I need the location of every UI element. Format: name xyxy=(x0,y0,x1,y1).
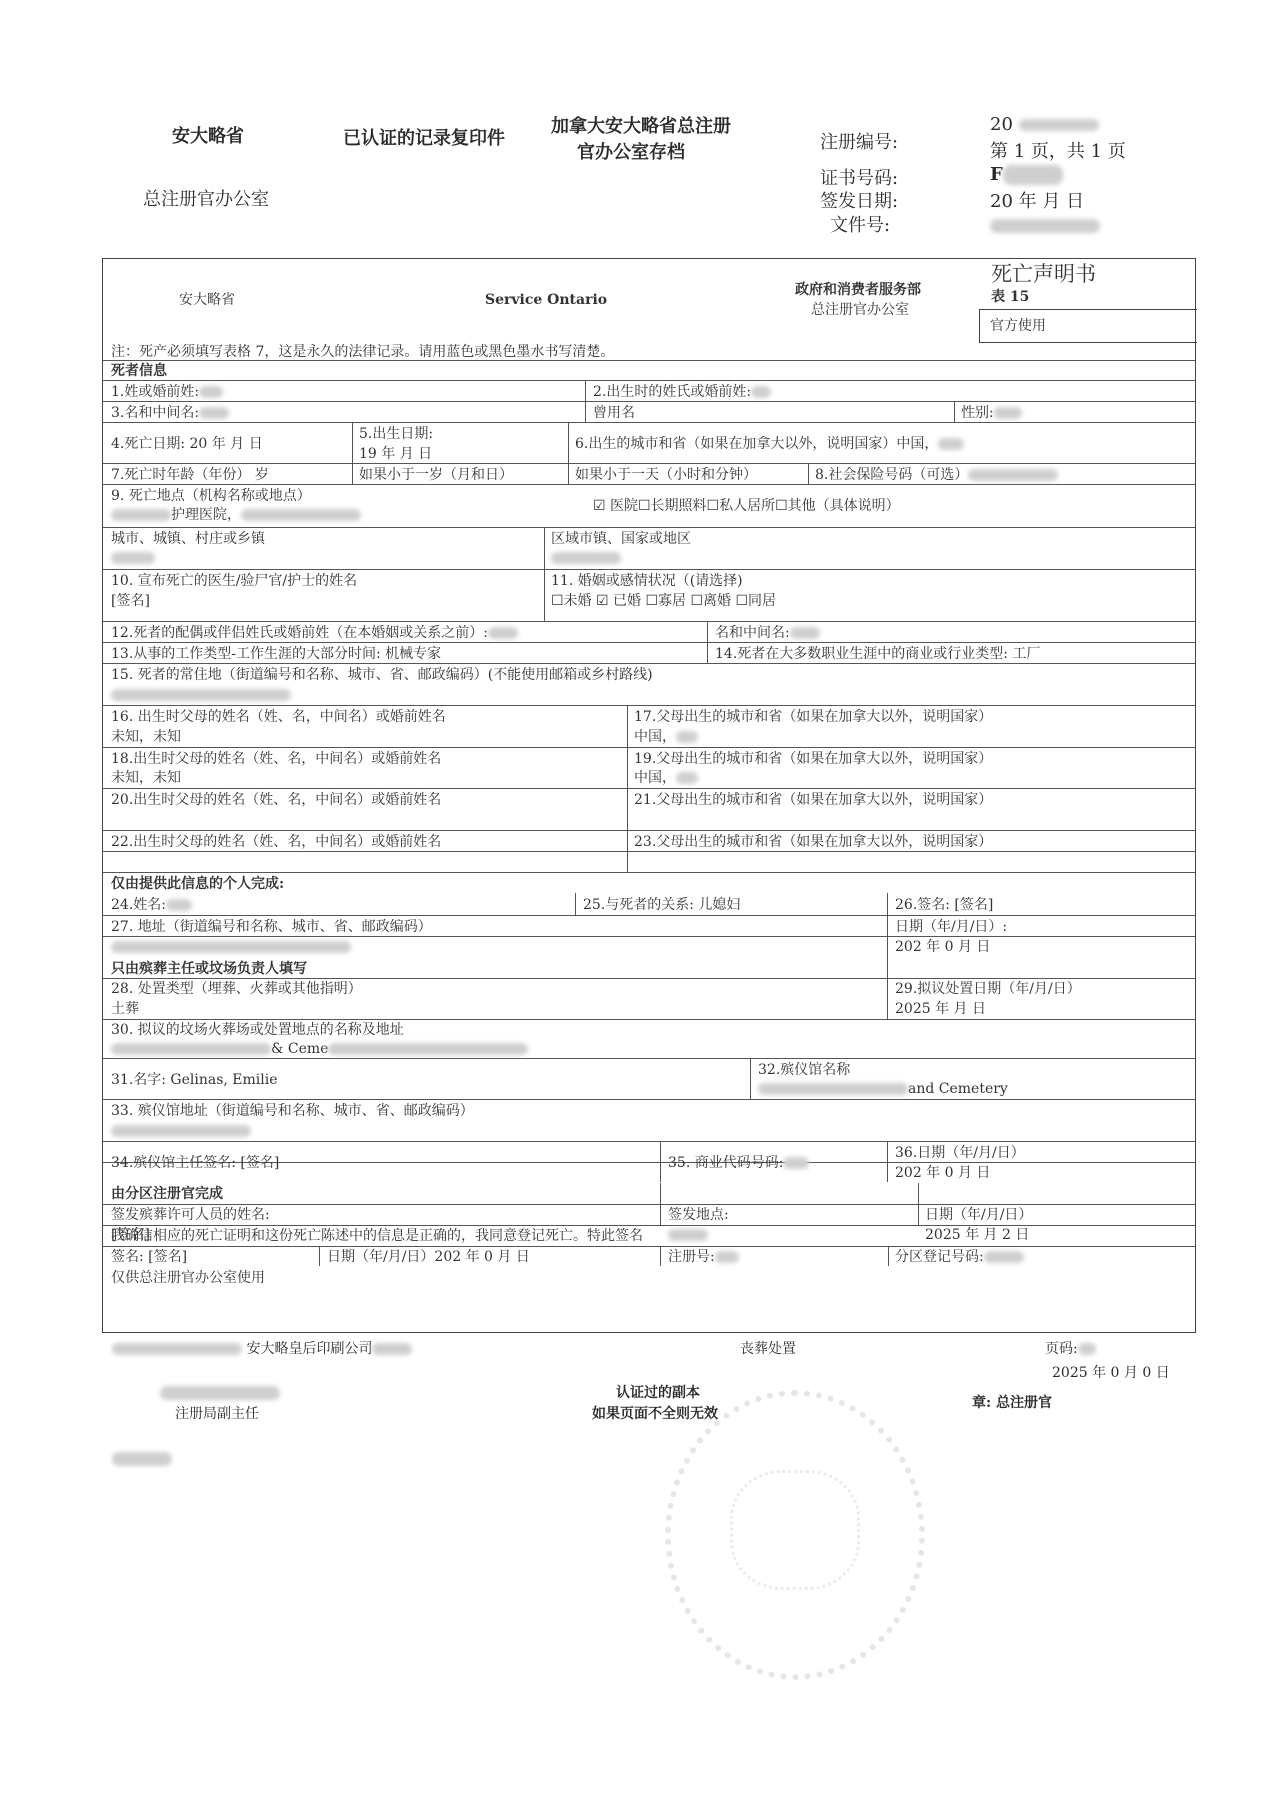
form-province: 安大略省 xyxy=(179,291,235,309)
field-disposition-date-label: 29.拟议处置日期（年/月/日） xyxy=(895,980,1081,998)
field-informant-address-value[interactable] xyxy=(111,938,351,956)
field-birth-date-value[interactable]: 19 年 月 日 xyxy=(359,445,432,463)
field-registrar-signature[interactable]: 签名: [签名] xyxy=(111,1248,187,1266)
field-sex[interactable]: 性别: xyxy=(961,404,1022,422)
footer-purpose: 丧葬处置 xyxy=(740,1338,796,1358)
field-certifier-label: 10. 宣布死亡的医生/验尸官/护士的姓名 xyxy=(111,572,357,590)
form-title: 死亡声明书 xyxy=(991,261,1096,287)
field-alias[interactable]: 曾用名 xyxy=(593,404,635,422)
field-parent1-birthplace-value[interactable]: 中国， xyxy=(634,728,698,746)
field-birth-surname[interactable]: 2.出生时的姓氏或婚前姓: xyxy=(593,383,771,401)
field-occupation[interactable]: 13.从事的工作类型-工作生涯的大部分时间: 机械专家 xyxy=(111,645,441,663)
field-parent1-label: 16. 出生时父母的姓名（姓、名，中间名）或婚前姓名 xyxy=(111,708,446,726)
form-ministry-line2: 总注册官办公室 xyxy=(811,301,909,319)
footer-printer: 安大略皇后印刷公司 xyxy=(112,1338,412,1358)
seal-emblem-icon xyxy=(730,1470,860,1590)
field-spouse-given[interactable]: 名和中间名: xyxy=(715,624,820,642)
field-registrar-date[interactable]: 日期（年/月/日）202 年 0 月 日 xyxy=(327,1248,530,1266)
form-note: 注：死产必须填写表格 7，这是永久的法律记录。请用蓝色或黑色墨水书写清楚。 xyxy=(111,343,614,361)
field-certifier-value[interactable]: [签名] xyxy=(111,592,150,610)
header-archive-line1: 加拿大安大略省总注册 xyxy=(551,112,731,138)
field-place-type-options[interactable]: ☑ 医院☐长期照料☐私人居所☐其他（具体说明） xyxy=(593,497,900,515)
field-informant-date-value[interactable]: 202 年 0 月 日 xyxy=(895,938,990,956)
field-parent2-value[interactable]: 未知，未知 xyxy=(111,769,181,787)
field-parent2-birthplace-value[interactable]: 中国， xyxy=(634,769,698,787)
field-sin[interactable]: 8.社会保险号码（可选） xyxy=(815,466,1058,484)
field-informant-address-label: 27. 地址（街道编号和名称、城市、省、邮政编码） xyxy=(111,918,432,936)
section-registrar: 由分区注册官完成 xyxy=(111,1185,223,1203)
field-death-place-label: 9. 死亡地点（机构名称或地点） xyxy=(111,487,311,505)
field-issue-date-label: 日期（年/月/日） xyxy=(925,1206,1032,1224)
field-death-place-value[interactable]: 护理医院， xyxy=(111,506,361,524)
field-city-label: 城市、城镇、村庄或乡镇 xyxy=(111,530,265,548)
deputy-title: 注册局副主任 xyxy=(175,1403,259,1423)
field-industry[interactable]: 14.死者在大多数职业生涯中的商业或行业类型: 工厂 xyxy=(715,645,1040,663)
field-relationship[interactable]: 25.与死者的关系: 儿媳妇 xyxy=(583,896,740,914)
footer-date: 2025 年 0 月 0 日 xyxy=(1052,1362,1170,1382)
official-use-label: 官方使用 xyxy=(990,317,1046,335)
field-cemetery-value[interactable]: & Ceme xyxy=(111,1040,528,1058)
field-disposition-type-value[interactable]: 土葬 xyxy=(111,1000,139,1018)
form-number: 表 15 xyxy=(991,288,1029,306)
form-service-ontario: Service Ontario xyxy=(485,291,607,309)
field-division-reg-number[interactable]: 分区登记号码: xyxy=(895,1248,1024,1266)
issue-date-value: 20 年 月 日 xyxy=(990,187,1084,213)
header-certified-copy: 已认证的记录复印件 xyxy=(343,124,505,150)
field-parent1-value[interactable]: 未知，未知 xyxy=(111,728,181,746)
field-birth-date-label: 5.出生日期: xyxy=(359,425,433,443)
certified-copy-line2: 如果页面不全则无效 xyxy=(592,1403,718,1423)
section-funeral: 只由殡葬主任或坟场负责人填写 xyxy=(111,960,307,978)
declaration-text: 我确信相应的死亡证明和这份死亡陈述中的信息是正确的，我同意登记死亡。特此签名 xyxy=(111,1227,643,1245)
form-ministry-line1: 政府和消费者服务部 xyxy=(795,281,921,299)
section-deceased: 死者信息 xyxy=(111,362,167,380)
field-under-day[interactable]: 如果小于一天（小时和分钟） xyxy=(575,466,757,484)
field-parent3-label[interactable]: 20.出生时父母的姓名（姓、名，中间名）或婚前姓名 xyxy=(111,791,441,809)
section-informant: 仅由提供此信息的个人完成: xyxy=(111,875,284,893)
field-director-date-label: 36.日期（年/月/日） xyxy=(895,1144,1025,1162)
reg-no-label: 注册编号: xyxy=(820,128,898,154)
field-residence-label: 15. 死者的常住地（街道编号和名称、城市、省、邮政编码）(不能使用邮箱或乡村路… xyxy=(111,666,653,684)
field-disposition-date-value[interactable]: 2025 年 月 日 xyxy=(895,1000,986,1018)
header-archive-line2: 官办公室存档 xyxy=(577,138,685,164)
field-parent2-birthplace-label: 19.父母出生的城市和省（如果在加拿大以外，说明国家） xyxy=(634,750,992,768)
deputy-signature xyxy=(160,1382,280,1401)
field-issue-date-value[interactable]: 2025 年 月 2 日 xyxy=(925,1226,1029,1244)
field-parent4-label[interactable]: 22.出生时父母的姓名（姓、名，中间名）或婚前姓名 xyxy=(111,833,441,851)
field-marital-label: 11. 婚姻或感情状况（(请选择) xyxy=(551,572,743,590)
field-spouse-surname[interactable]: 12.死者的配偶或伴侣姓氏或婚前姓（在本婚姻或关系之前）: xyxy=(111,624,518,642)
field-parent3-birthplace-label[interactable]: 21.父母出生的城市和省（如果在加拿大以外，说明国家） xyxy=(634,791,992,809)
field-informant-date-label: 日期（年/月/日）: xyxy=(895,918,1007,936)
issue-date-label: 签发日期: xyxy=(820,187,898,213)
header-office: 总注册官办公室 xyxy=(143,185,269,211)
field-surname[interactable]: 1.姓或婚前姓: xyxy=(111,383,223,401)
field-parent2-label: 18.出生时父母的姓名（姓、名，中间名）或婚前姓名 xyxy=(111,750,441,768)
field-director-date-value[interactable]: 202 年 0 月 日 xyxy=(895,1164,990,1182)
field-under-year[interactable]: 如果小于一岁（月和日） xyxy=(359,466,513,484)
field-birth-place[interactable]: 6.出生的城市和省（如果在加拿大以外，说明国家）中国， xyxy=(575,435,964,453)
field-issue-place-label: 签发地点: xyxy=(668,1206,729,1224)
field-issuer-label: 签发殡葬许可人员的姓名: xyxy=(111,1206,270,1224)
field-issue-place-value[interactable] xyxy=(668,1226,708,1244)
field-residence-value[interactable] xyxy=(111,686,291,704)
file-no-label: 文件号: xyxy=(830,211,890,237)
field-funeral-director-name[interactable]: 31.名字: Gelinas, Emilie xyxy=(111,1071,278,1089)
form-code xyxy=(112,1448,172,1467)
field-age[interactable]: 7.死亡时年龄（年份） 岁 xyxy=(111,466,269,484)
page-info: 第 1 页，共 1 页 xyxy=(990,137,1126,163)
field-funeral-home-value[interactable]: and Cemetery xyxy=(758,1080,1008,1098)
header-province: 安大略省 xyxy=(172,122,244,148)
certified-copy-line1: 认证过的副本 xyxy=(616,1382,700,1402)
field-city-value[interactable] xyxy=(111,549,155,567)
field-funeral-address-label: 33. 殡仪馆地址（街道编号和名称、城市、省、邮政编码） xyxy=(111,1102,474,1120)
field-parent1-birthplace-label: 17.父母出生的城市和省（如果在加拿大以外，说明国家） xyxy=(634,708,992,726)
field-cemetery-label: 30. 拟议的坟场火葬场或处置地点的名称及地址 xyxy=(111,1021,404,1039)
office-use-only: 仅供总注册官办公室使用 xyxy=(111,1269,265,1287)
field-region-label: 区域市镇、国家或地区 xyxy=(551,530,691,548)
field-director-signature[interactable]: 34.殡仪馆主任签名: [签名] xyxy=(111,1154,279,1172)
field-marital-options[interactable]: ☐未婚 ☑ 已婚 ☐寡居 ☐离婚 ☐同居 xyxy=(551,592,776,610)
field-parent4-birthplace-label[interactable]: 23.父母出生的城市和省（如果在加拿大以外，说明国家） xyxy=(634,833,992,851)
file-no-value xyxy=(990,215,1100,234)
field-informant-name[interactable]: 24.姓名: xyxy=(111,896,192,914)
field-informant-signature[interactable]: 26.签名: [签名] xyxy=(895,896,993,914)
cert-no-value: F xyxy=(990,164,1063,185)
field-death-date[interactable]: 4.死亡日期: 20 年 月 日 xyxy=(111,435,263,453)
field-business-code[interactable]: 35. 商业代码号码: xyxy=(668,1154,809,1172)
seal-label: 章: 总注册官 xyxy=(972,1392,1052,1412)
official-use-box: 官方使用 xyxy=(979,309,1197,343)
reg-no-value: 20 xyxy=(990,114,1099,135)
field-given-names[interactable]: 3.名和中间名: xyxy=(111,404,229,422)
field-funeral-home-label: 32.殡仪馆名称 xyxy=(758,1061,850,1079)
field-disposition-type-label: 28. 处置类型（埋葬、火葬或其他指明） xyxy=(111,980,362,998)
field-funeral-address-value[interactable] xyxy=(111,1122,251,1140)
field-registration-number[interactable]: 注册号: xyxy=(668,1248,739,1266)
field-region-value[interactable] xyxy=(551,549,621,567)
footer-page-code: 页码: xyxy=(1045,1338,1096,1358)
death-statement-form: 安大略省 Service Ontario 政府和消费者服务部 总注册官办公室 死… xyxy=(102,258,1196,1333)
